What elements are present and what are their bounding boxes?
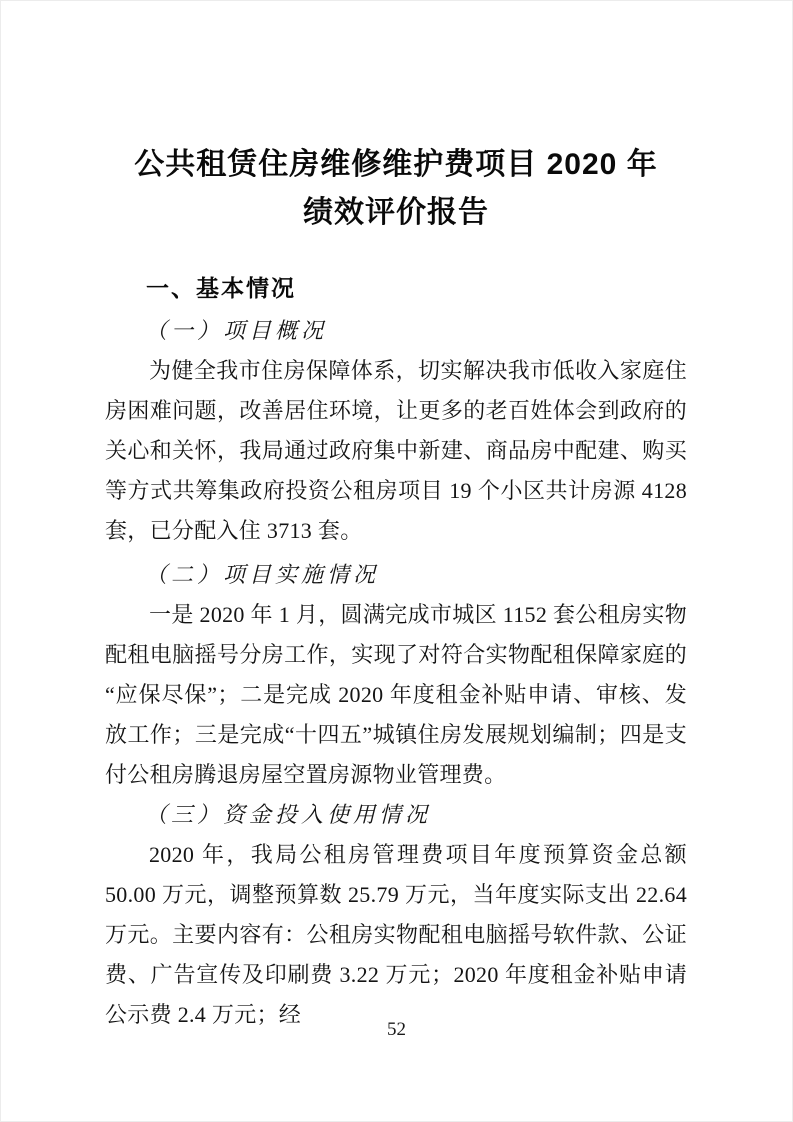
paragraph-implementation: 一是 2020 年 1 月，圆满完成市城区 1152 套公租房实物配租电脑摇号分… bbox=[105, 595, 687, 795]
subsection-heading-project-overview: （一）项目概况 bbox=[105, 311, 687, 351]
paragraph-project-overview: 为健全我市住房保障体系，切实解决我市低收入家庭住房困难问题，改善居住环境，让更多… bbox=[105, 351, 687, 551]
report-title-line2: 绩效评价报告 bbox=[303, 196, 489, 229]
section-heading-basic-info: 一、基本情况 bbox=[105, 273, 687, 303]
subsection-heading-funds-usage: （三）资金投入使用情况 bbox=[105, 795, 687, 835]
subsection-heading-implementation: （二）项目实施情况 bbox=[105, 555, 687, 595]
report-page: 公共租赁住房维修维护费项目 2020 年 绩效评价报告 一、基本情况 （一）项目… bbox=[0, 0, 793, 1122]
report-title-line1: 公共租赁住房维修维护费项目 2020 年 bbox=[134, 148, 657, 181]
page-number: 52 bbox=[1, 1019, 792, 1041]
report-title: 公共租赁住房维修维护费项目 2020 年 绩效评价报告 bbox=[105, 141, 687, 237]
paragraph-funds-usage: 2020 年，我局公租房管理费项目年度预算资金总额 50.00 万元，调整预算数… bbox=[105, 835, 687, 1035]
